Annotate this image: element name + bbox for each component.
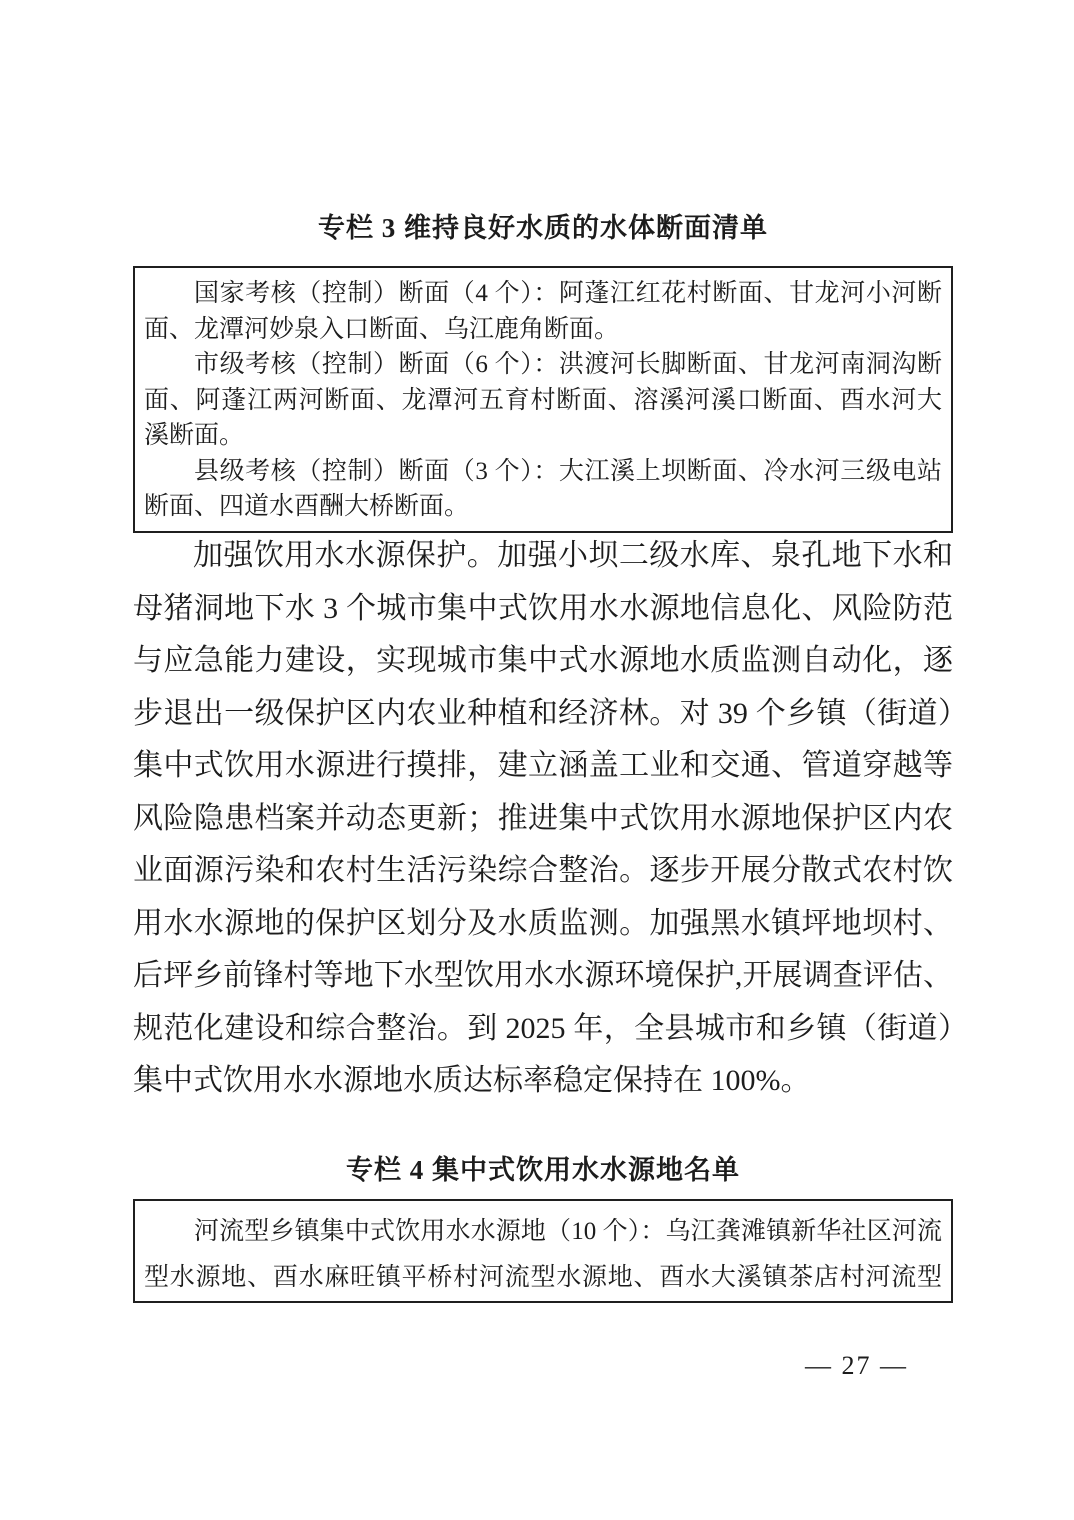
box3-title: 专栏 3 维持良好水质的水体断面清单 [133,210,953,246]
box4-title: 专栏 4 集中式饮用水水源地名单 [133,1152,953,1188]
box4-panel: 河流型乡镇集中式饮用水水源地（10 个）：乌江龚滩镇新华社区河流型水源地、酉水麻… [133,1199,953,1303]
box3-panel: 国家考核（控制）断面（4 个）：阿蓬江红花村断面、甘龙河小河断面、龙潭河妙泉入口… [133,266,953,533]
document-page: 专栏 3 维持良好水质的水体断面清单 国家考核（控制）断面（4 个）：阿蓬江红花… [0,0,1074,1520]
box-item-paragraph: 河流型乡镇集中式饮用水水源地（10 个）：乌江龚滩镇新华社区河流型水源地、酉水麻… [144,1209,942,1301]
box-item-paragraph: 县级考核（控制）断面（3 个）：大江溪上坝断面、冷水河三级电站断面、四道水酉酬大… [144,454,942,525]
box-item-paragraph: 国家考核（控制）断面（4 个）：阿蓬江红花村断面、甘龙河小河断面、龙潭河妙泉入口… [144,276,942,347]
body-paragraph: 加强饮用水水源保护。加强小坝二级水库、泉孔地下水和母猪洞地下水 3 个城市集中式… [133,530,953,1108]
page-content: 专栏 3 维持良好水质的水体断面清单 国家考核（控制）断面（4 个）：阿蓬江红花… [133,0,953,1520]
page-number: — 27 — [805,1350,908,1382]
box-item-paragraph: 市级考核（控制）断面（6 个）：洪渡河长脚断面、甘龙河南洞沟断面、阿蓬江两河断面… [144,347,942,454]
